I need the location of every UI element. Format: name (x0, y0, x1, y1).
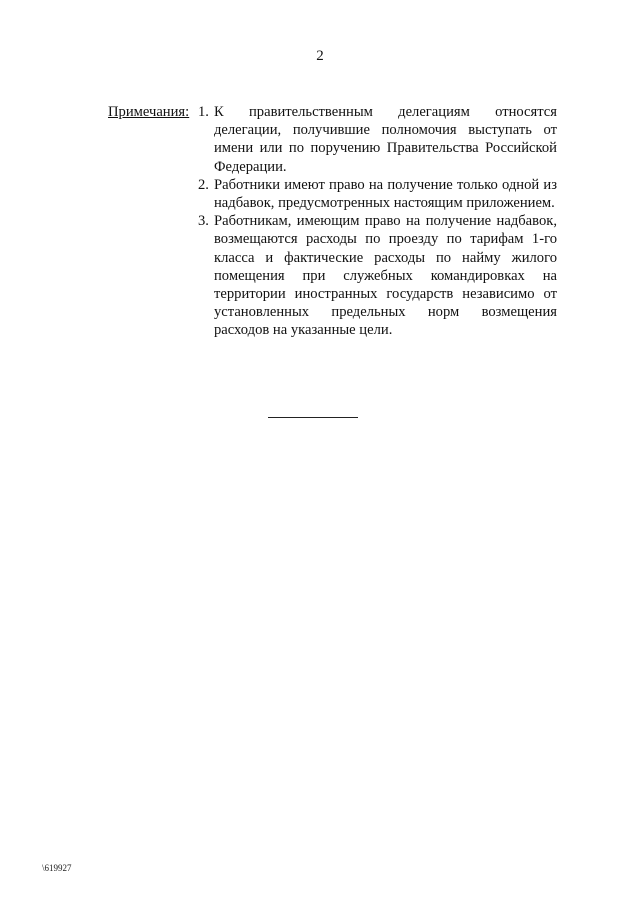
note-item: 1. К правительственным делегациям относя… (198, 103, 557, 176)
note-number: 2. (198, 176, 209, 194)
notes-label: Примечания: (108, 103, 189, 121)
note-item: 3. Работникам, имеющим право на получени… (198, 212, 557, 339)
page-number: 2 (0, 47, 640, 65)
note-number: 1. (198, 103, 209, 121)
note-item: 2. Работники имеют право на получение то… (198, 176, 557, 212)
footer-document-code: \619927 (42, 863, 72, 874)
note-text: Работникам, имеющим право на получение н… (214, 213, 557, 338)
note-text: Работники имеют право на получение тольк… (214, 177, 557, 211)
end-separator-line (268, 417, 358, 418)
note-number: 3. (198, 212, 209, 230)
note-text: К правительственным делегациям относятся… (214, 104, 557, 175)
notes-list: 1. К правительственным делегациям относя… (198, 103, 557, 340)
